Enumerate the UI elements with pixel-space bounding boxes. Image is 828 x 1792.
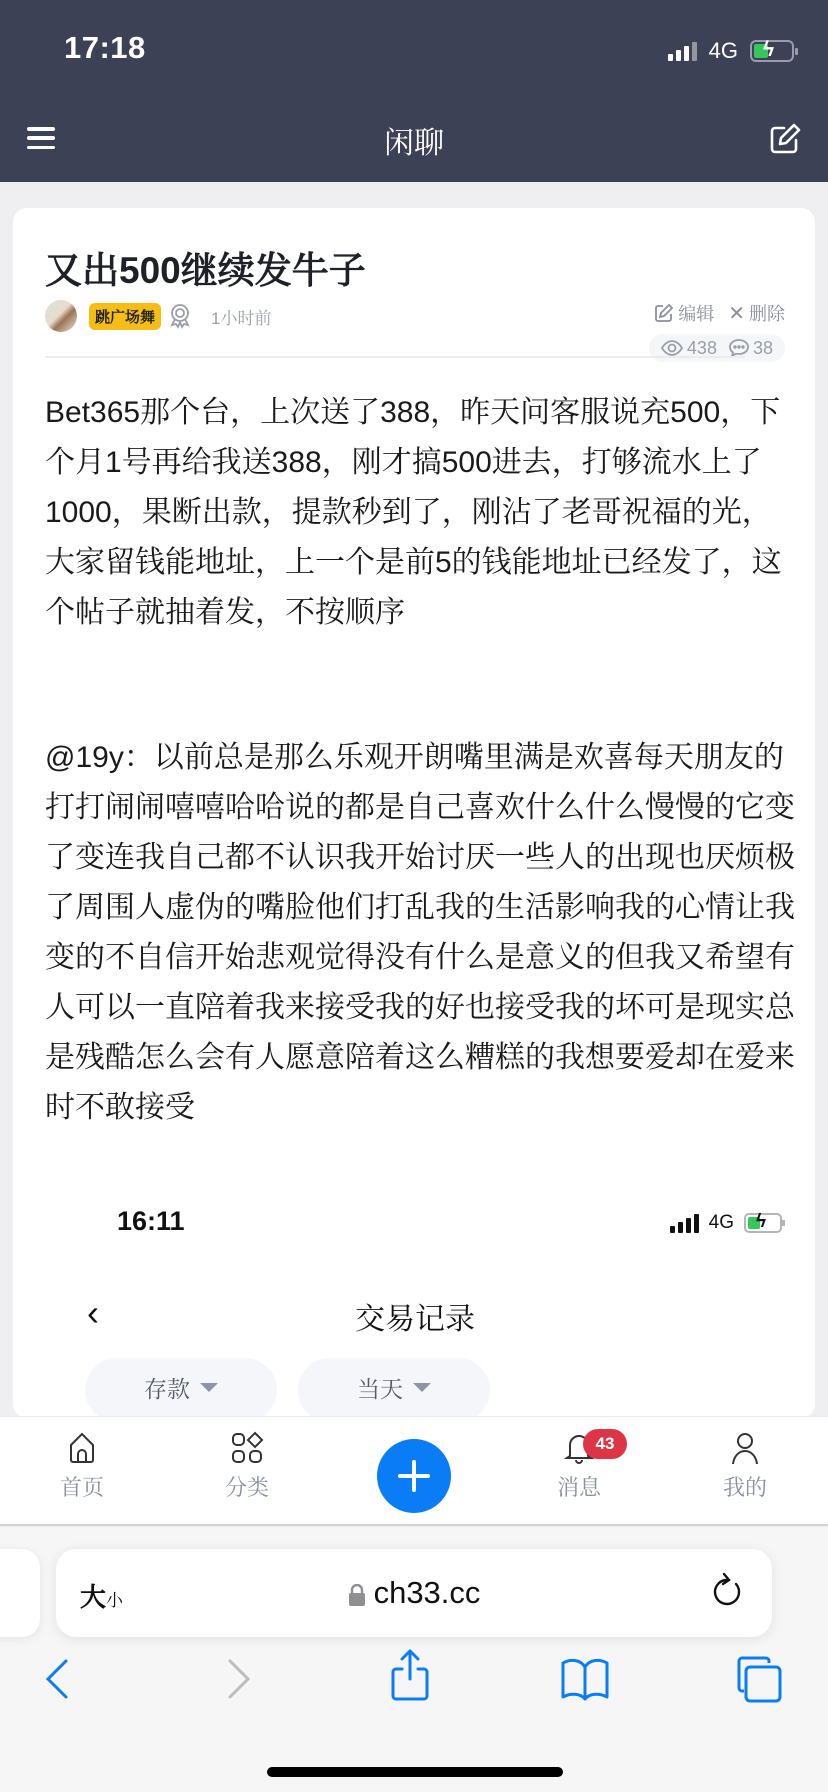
back-icon[interactable] xyxy=(44,1657,70,1701)
author-tag[interactable]: 跳广场舞 xyxy=(89,303,161,330)
filter-chip-type: 存款 xyxy=(85,1358,277,1418)
browser-toolbar: 大小 ch33.cc xyxy=(0,1527,828,1792)
tab-label: 分类 xyxy=(225,1471,269,1502)
home-icon xyxy=(65,1431,99,1465)
create-post-button[interactable] xyxy=(377,1439,451,1513)
reload-icon[interactable] xyxy=(710,1571,746,1611)
post-body-paragraph: @19y：以前总是那么乐观开朗嘴里满是欢喜每天朋友的打打闹闹嘻嘻哈哈说的都是自己… xyxy=(45,733,795,1133)
post-time: 1小时前 xyxy=(211,304,271,329)
medal-icon xyxy=(167,303,193,329)
filter-label: 存款 xyxy=(144,1371,190,1404)
home-indicator[interactable] xyxy=(267,1767,563,1777)
status-indicators: 4G ϟ xyxy=(668,38,794,64)
divider xyxy=(45,356,745,358)
post-card: 又出500继续发牛子 跳广场舞 1小时前 编辑 ✕ 删除 438 xyxy=(13,208,815,1418)
category-icon xyxy=(230,1431,264,1465)
battery-icon: ϟ xyxy=(744,1213,782,1233)
forward-icon[interactable] xyxy=(226,1657,252,1701)
tab-label: 消息 xyxy=(557,1471,601,1502)
edit-label: 编辑 xyxy=(678,300,714,326)
caret-down-icon xyxy=(200,1383,218,1392)
tab-category[interactable]: 分类 xyxy=(197,1431,297,1502)
url-display[interactable]: ch33.cc xyxy=(56,1575,772,1611)
caret-down-icon xyxy=(413,1383,431,1392)
url-text: ch33.cc xyxy=(374,1575,481,1611)
top-header: 17:18 4G ϟ 闲聊 xyxy=(0,0,828,182)
pencil-icon xyxy=(654,303,674,323)
bookmarks-icon[interactable] xyxy=(560,1657,610,1701)
post-body-paragraph: Bet365那个台，上次送了388，昨天问客服说充500，下个月1号再给我送38… xyxy=(45,388,795,638)
status-time: 17:18 xyxy=(64,30,146,66)
comment-count: 38 xyxy=(753,338,773,359)
share-icon[interactable] xyxy=(390,1649,430,1701)
tab-label: 我的 xyxy=(723,1471,767,1502)
tabs-icon[interactable] xyxy=(736,1655,784,1703)
embedded-status-time: 16:11 xyxy=(117,1206,185,1237)
embedded-title: 交易记录 xyxy=(45,1294,785,1338)
post-meta: 跳广场舞 1小时前 xyxy=(45,298,271,334)
signal-icon xyxy=(668,41,697,61)
embedded-screenshot[interactable]: 16:11 4G ϟ ‹ 交易记录 存款 当天 xyxy=(45,1198,785,1418)
delete-label: 删除 xyxy=(749,300,785,326)
avatar[interactable] xyxy=(45,300,77,332)
tab-label: 首页 xyxy=(60,1471,104,1502)
signal-icon xyxy=(670,1213,699,1233)
battery-icon: ϟ xyxy=(750,40,794,62)
user-icon xyxy=(728,1431,762,1465)
network-label: 4G xyxy=(709,1212,734,1234)
embedded-status-indicators: 4G ϟ xyxy=(670,1212,782,1234)
comment-icon xyxy=(729,339,749,357)
page-title: 闲聊 xyxy=(0,118,828,162)
network-label: 4G xyxy=(709,38,738,64)
tab-home[interactable]: 首页 xyxy=(32,1431,132,1502)
bottom-tab-bar: 首页 分类 43 消息 我的 xyxy=(0,1416,828,1526)
tab-messages[interactable]: 43 消息 xyxy=(529,1431,629,1502)
filter-label: 当天 xyxy=(357,1371,403,1404)
edit-icon[interactable] xyxy=(768,122,802,156)
delete-button[interactable]: ✕ 删除 xyxy=(728,300,785,326)
address-bar[interactable]: 大小 ch33.cc xyxy=(56,1549,772,1637)
edit-button[interactable]: 编辑 xyxy=(654,300,714,326)
post-title: 又出500继续发牛子 xyxy=(45,240,366,294)
lock-icon xyxy=(348,1584,366,1606)
post-actions: 编辑 ✕ 删除 xyxy=(654,300,785,326)
close-icon: ✕ xyxy=(728,301,745,326)
screen: 17:18 4G ϟ 闲聊 又出500继续发牛子 跳广场舞 1小时前 xyxy=(0,0,828,1792)
message-badge: 43 xyxy=(583,1429,627,1459)
previous-tab-preview[interactable] xyxy=(0,1549,40,1637)
tab-profile[interactable]: 我的 xyxy=(695,1431,795,1502)
eye-icon xyxy=(661,340,683,356)
filter-chip-date: 当天 xyxy=(298,1358,490,1418)
